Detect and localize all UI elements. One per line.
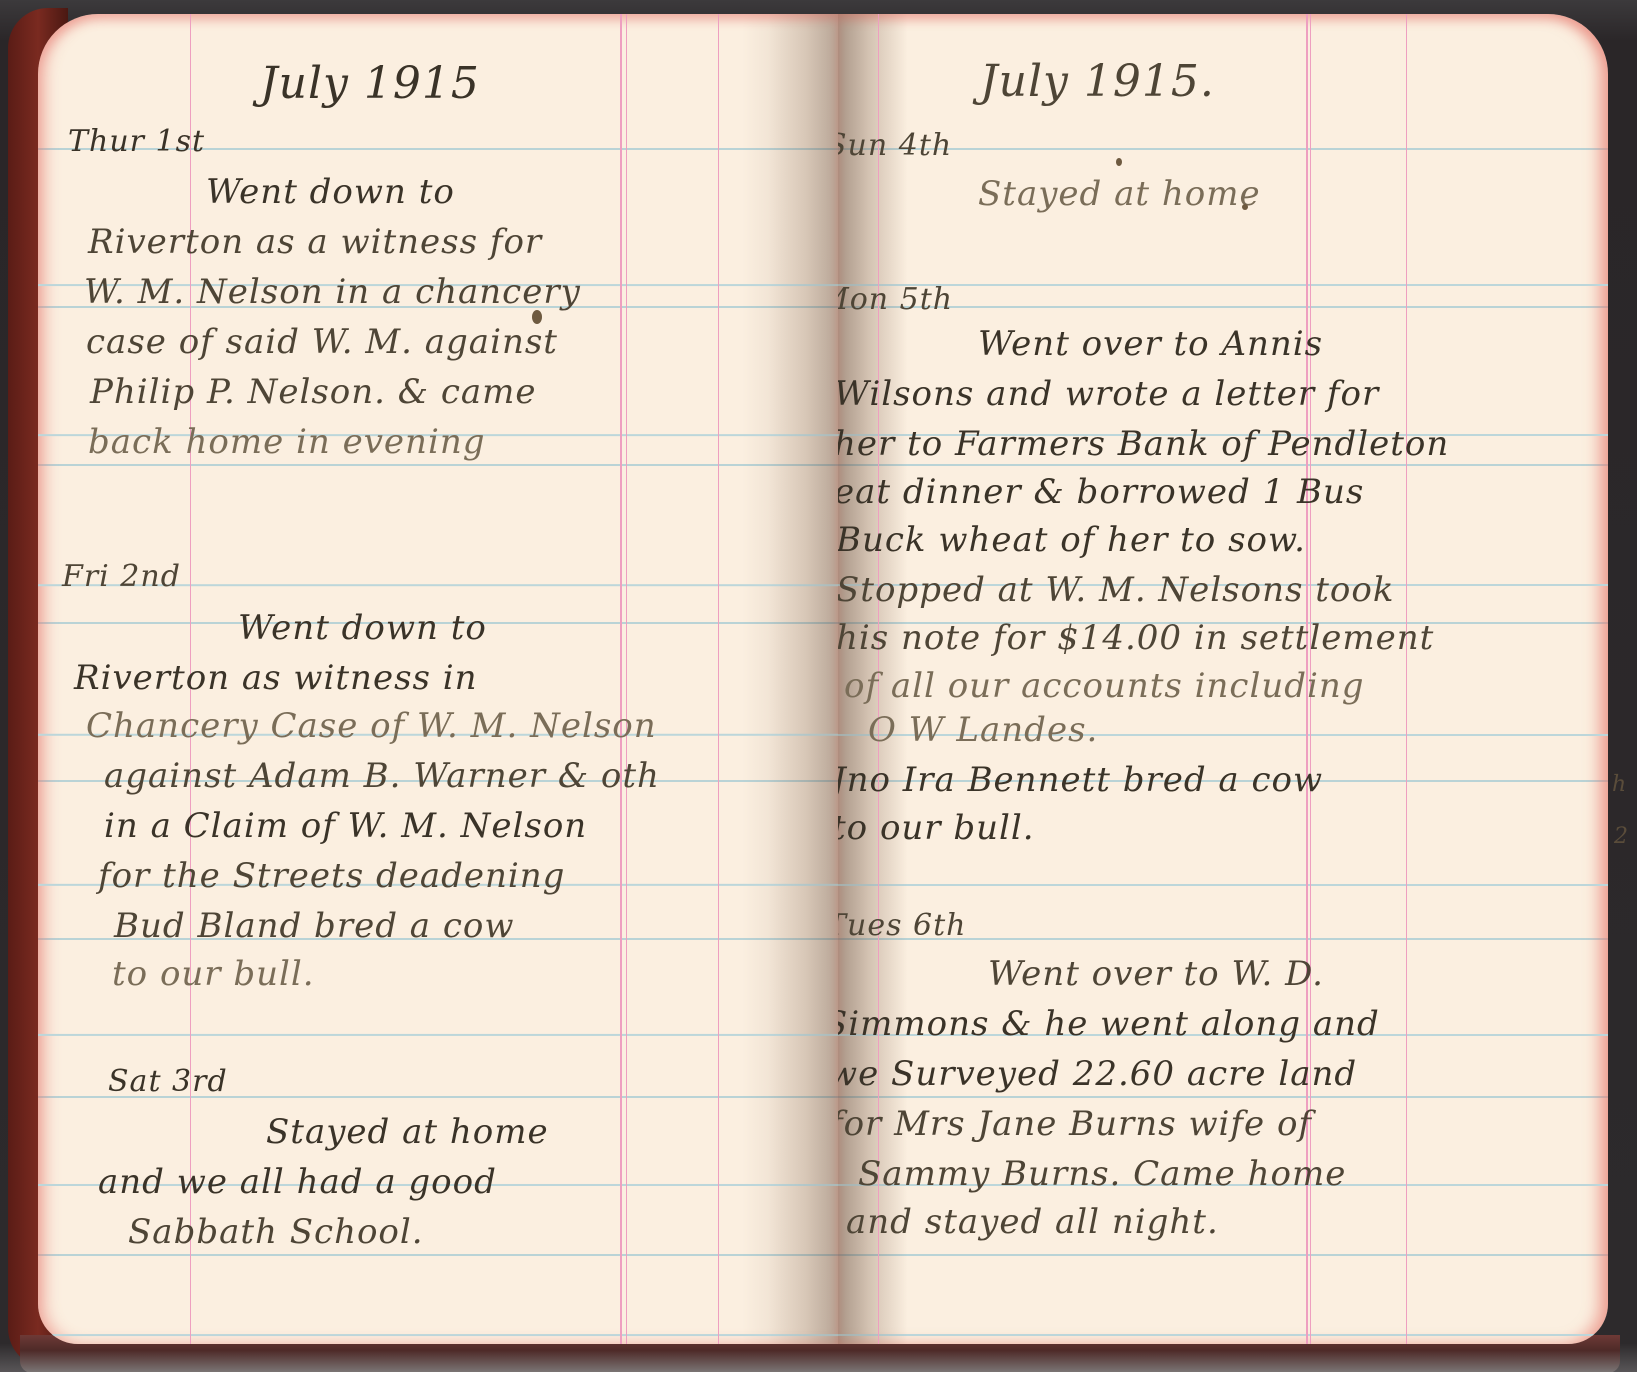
page-edge-mark: h [1612, 772, 1626, 797]
entry-date: Mon 5th [838, 282, 953, 317]
entry-line: Wilsons and wrote a letter for [838, 374, 1379, 414]
entry-line: eat dinner & borrowed 1 Bus [838, 472, 1364, 512]
entry-date: Sun 4th [838, 128, 952, 163]
scan-margin [0, 1372, 1637, 1385]
entry-line: of all our accounts including [844, 666, 1365, 706]
entry-line: Riverton as witness in [74, 658, 478, 698]
page-header: July 1915. [980, 56, 1215, 107]
entry-line: her to Farmers Bank of Pendleton [838, 424, 1449, 464]
entry-date: Thur 1st [68, 124, 205, 159]
entry-line: we Surveyed 22.60 acre land [838, 1054, 1357, 1094]
entry-line: Went down to [206, 172, 455, 212]
entry-line: Riverton as a witness for [88, 222, 542, 262]
entry-line: back home in evening [88, 422, 486, 462]
left-page: July 1915 Thur 1st Went down to Riverton… [38, 14, 838, 1344]
ink-blot [1116, 158, 1122, 166]
column-rule [620, 14, 622, 1344]
column-rule [1406, 14, 1407, 1344]
entry-line: Sabbath School. [128, 1212, 424, 1252]
entry-line: Went down to [238, 608, 487, 648]
entry-line: Went over to W. D. [988, 954, 1324, 994]
entry-line: Jno Ira Bennett bred a cow [838, 760, 1323, 800]
entry-line: Bud Bland bred a cow [114, 906, 514, 946]
column-rule [626, 14, 627, 1344]
entry-line: case of said W. M. against [86, 322, 558, 362]
entry-line: O W Landes. [868, 710, 1098, 750]
ink-blot [532, 310, 542, 324]
ink-blot [1242, 204, 1248, 210]
column-rule [718, 14, 719, 1344]
entry-line: in a Claim of W. M. Nelson [104, 806, 587, 846]
entry-line: to our bull. [112, 954, 315, 994]
entry-line: for Mrs Jane Burns wife of [838, 1104, 1312, 1144]
entry-line: Stayed at home [266, 1112, 549, 1152]
page-header: July 1915 [260, 58, 480, 109]
right-page: July 1915. Sun 4th Stayed at home Mon 5t… [838, 14, 1608, 1344]
entry-line: Philip P. Nelson. & came [90, 372, 537, 412]
entry-line: Went over to Annis [978, 324, 1323, 364]
entry-line: Simmons & he went along and [838, 1004, 1380, 1044]
entry-line: against Adam B. Warner & oth [104, 756, 660, 796]
entry-line: Buck wheat of her to sow. [838, 520, 1306, 560]
gutter-shadow [768, 14, 838, 1344]
entry-date: Tues 6th [838, 908, 966, 943]
entry-line: and we all had a good [98, 1162, 497, 1202]
page-edge-mark: 2 [1614, 824, 1628, 849]
entry-line: and stayed all night. [846, 1202, 1219, 1242]
entry-date: Fri 2nd [62, 559, 181, 594]
entry-line: Chancery Case of W. M. Nelson [86, 706, 657, 746]
entry-line: for the Streets deadening [98, 856, 565, 896]
entry-date: Sat 3rd [108, 1064, 228, 1099]
entry-line: Sammy Burns. Came home [858, 1154, 1346, 1194]
entry-line: to our bull. [838, 808, 1035, 848]
entry-line: W. M. Nelson in a chancery [84, 272, 581, 312]
entry-line: Stopped at W. M. Nelsons took [838, 570, 1394, 610]
entry-line: his note for $14.00 in settlement [838, 618, 1434, 658]
entry-line: Stayed at home [978, 174, 1261, 214]
